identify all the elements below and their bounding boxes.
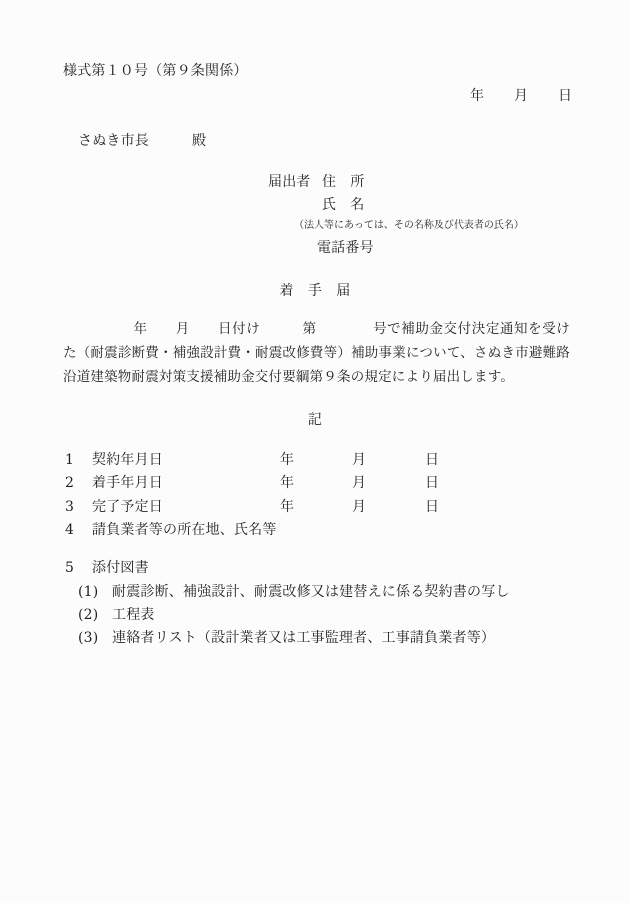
list-item-number: 2 <box>65 475 74 491</box>
list-item-label: 契約年月日 <box>92 452 163 468</box>
phone-number-label: 電話番号 <box>317 240 374 256</box>
header-year-label: 年 <box>470 88 484 104</box>
document-title: 着 手 届 <box>0 283 630 299</box>
declarant-label: 届出者 <box>268 174 311 190</box>
attachment-item-number: (3) <box>78 630 98 646</box>
year-unit-label: 年 <box>280 499 294 515</box>
corporate-name-note: （法人等にあっては、その名称及び代表者の氏名） <box>294 220 524 232</box>
body-paragraph-line: 年 月 日付け 第 号で補助金交付決定通知を受け <box>63 322 570 338</box>
list-item-number: 4 <box>65 522 74 538</box>
attachment-item-number: (2) <box>78 607 98 623</box>
header-date-line: 年 月 日 <box>470 88 572 104</box>
document-page: 様式第１０号（第９条関係） 年 月 日 さぬき市長 殿 届出者 住 所 氏 名 … <box>0 0 630 903</box>
attachment-item-number: (1) <box>78 584 98 600</box>
list-item-number: 3 <box>65 499 74 515</box>
addressee-name: さぬき市長 <box>78 133 149 149</box>
day-unit-label: 日 <box>425 499 439 515</box>
list-item-label: 請負業者等の所在地、氏名等 <box>92 522 277 538</box>
header-month-label: 月 <box>514 88 528 104</box>
declarant-address-label: 住 所 <box>322 174 365 190</box>
list-item-number: 1 <box>65 452 74 468</box>
attachment-item-label: 連絡者リスト（設計業者又は工事監理者、工事請負業者等） <box>112 630 495 646</box>
list-item-label: 完了予定日 <box>92 499 163 515</box>
attachment-item-label: 耐震診断、補強設計、耐震改修又は建替えに係る契約書の写し <box>112 584 510 600</box>
body-paragraph-line: 沿道建築物耐震対策支援補助金交付要綱第９条の規定により届出します。 <box>63 370 514 386</box>
month-unit-label: 月 <box>352 452 366 468</box>
declarant-name-label: 氏 名 <box>322 197 365 213</box>
list-item-label: 着手年月日 <box>92 475 163 491</box>
day-unit-label: 日 <box>425 452 439 468</box>
month-unit-label: 月 <box>352 475 366 491</box>
addressee-honorific: 殿 <box>192 133 206 149</box>
list-item-number: 5 <box>65 560 74 576</box>
header-day-label: 日 <box>558 88 572 104</box>
attachment-item-label: 工程表 <box>112 607 155 623</box>
day-unit-label: 日 <box>425 475 439 491</box>
form-number-label: 様式第１０号（第９条関係） <box>63 63 248 79</box>
year-unit-label: 年 <box>280 475 294 491</box>
month-unit-label: 月 <box>352 499 366 515</box>
list-item-label: 添付図書 <box>92 560 149 576</box>
year-unit-label: 年 <box>280 452 294 468</box>
notation-heading: 記 <box>0 412 630 428</box>
body-paragraph-line: た（耐震診断費・補強設計費・耐震改修費等）補助事業について、さぬき市避難路 <box>63 346 570 362</box>
